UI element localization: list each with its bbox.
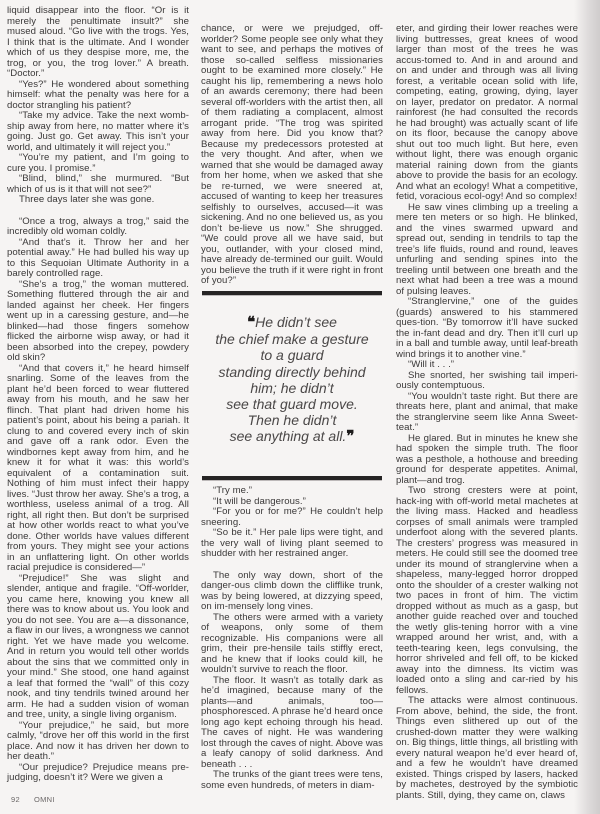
paragraph: “Your prejudice,” he said, but more calm… xyxy=(7,721,189,763)
paragraph: eter, and girding their lower reaches we… xyxy=(396,24,578,203)
text-column-3: eter, and girding their lower reaches we… xyxy=(396,24,578,801)
section-break-paragraph: “Once a trog, always a trog,” said the i… xyxy=(7,217,189,238)
paragraph: “She’s a trog,” the woman muttered. Some… xyxy=(7,280,189,364)
paragraph: “And that’s it. Throw her and her potent… xyxy=(7,238,189,280)
pull-quote-line: Then he didn’t xyxy=(201,412,383,428)
text-column-2-top: chance, or were we prejudged, off-worlde… xyxy=(201,24,383,287)
open-quote-icon: ❝ xyxy=(247,314,255,331)
paragraph: He saw vines climbing up a treeling a me… xyxy=(396,203,578,298)
pull-quote: ❝He didn’t see the chief make a gesture … xyxy=(201,314,383,446)
paragraph: “You wouldn’t taste right. But there are… xyxy=(396,392,578,434)
paragraph: “Prejudice!” She was slight and slender,… xyxy=(7,574,189,721)
paragraph: “Stranglervine,” one of the guides (guar… xyxy=(396,297,578,360)
pull-quote-top-rule xyxy=(202,291,382,296)
paragraph: chance, or were we prejudged, off-worlde… xyxy=(201,24,383,287)
paragraph: “For you or for me?” He couldn’t help sn… xyxy=(201,507,383,528)
pull-quote-line: to a guard xyxy=(201,347,383,363)
paragraph: The others were armed with a variety of … xyxy=(201,613,383,676)
section-break-paragraph: The only way down, short of the danger-o… xyxy=(201,571,383,613)
pull-quote-line: see anything at all.❞ xyxy=(201,428,383,445)
paragraph: Three days later she was gone. xyxy=(7,195,189,206)
pull-quote-line: see that guard move. xyxy=(201,396,383,412)
page-folio: 92OMNI xyxy=(11,795,69,804)
paragraph: “Will it . . .” xyxy=(396,360,578,371)
text-column-1: liquid disappear into the floor. “Or is … xyxy=(7,6,189,784)
paragraph: “So be it.” Her pale lips were tight, an… xyxy=(201,528,383,560)
paragraph: “You’re my patient, and I’m going to cur… xyxy=(7,153,189,174)
close-quote-icon: ❞ xyxy=(346,428,354,445)
paragraph: The floor. It wasn’t as totally dark as … xyxy=(201,676,383,771)
pull-quote-bottom-rule xyxy=(202,476,382,481)
paragraph: “Yes?” He wondered about something himse… xyxy=(7,80,189,112)
publication-name: OMNI xyxy=(34,795,55,804)
paragraph: “Try me.” xyxy=(201,486,383,497)
paragraph: The attacks were almost continuous. From… xyxy=(396,696,578,801)
paragraph: “Blind, blind,” she murmured. “But which… xyxy=(7,174,189,195)
paragraph: “Take my advice. Take the next womb-ship… xyxy=(7,111,189,153)
text-column-2-bottom: “Try me.” “It will be dangerous.” “For y… xyxy=(201,486,383,791)
paragraph: “And that covers it,” he heard himself s… xyxy=(7,364,189,574)
pull-quote-line: ❝He didn’t see xyxy=(201,314,383,331)
pull-quote-line: the chief make a gesture xyxy=(201,331,383,347)
paragraph: Two strong cresters were at point, hack-… xyxy=(396,486,578,696)
pull-quote-line: standing directly behind xyxy=(201,364,383,380)
pull-quote-line: him; he didn’t xyxy=(201,380,383,396)
page-number: 92 xyxy=(11,795,20,804)
paragraph: He glared. But in minutes he knew she ha… xyxy=(396,434,578,487)
paragraph: “Our prejudice? Prejudice means pre-judg… xyxy=(7,763,189,784)
paragraph: liquid disappear into the floor. “Or is … xyxy=(7,6,189,80)
paragraph: She snorted, her swishing tail imperi-ou… xyxy=(396,371,578,392)
paragraph: The trunks of the giant trees were tens,… xyxy=(201,770,383,791)
